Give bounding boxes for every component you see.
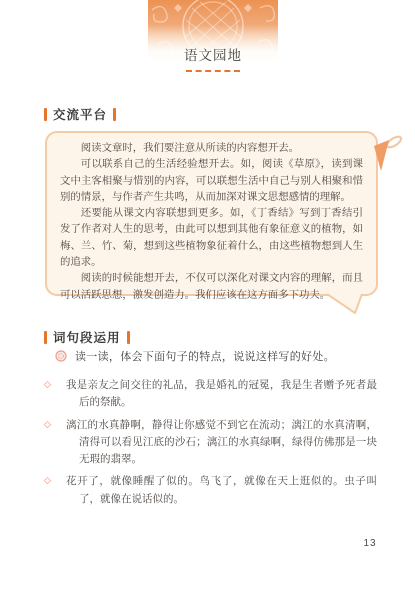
banner: 语文园地 [148,0,278,84]
sentence-text: 花开了，就像睡醒了似的。鸟飞了，就像在天上逛似的。虫子叫了，就像在说话似的。 [66,476,377,504]
page-title: 语文园地 [148,44,278,64]
platform-paragraph: 阅读文章时，我们要注意从所读的内容想开去。 [60,141,363,157]
exercise-instruction: 读一读，体会下面句子的特点，说说这样写的好处。 [45,350,377,364]
instruction-text: 读一读，体会下面句子的特点，说说这样写的好处。 [75,350,335,364]
platform-paragraph: 阅读的时候能想开去，不仅可以深化对课文内容的理解，而且可以活跃思想，激发创造力。… [60,271,363,304]
textbook-page: 语文园地 交流平台 阅读文章时，我们要注意从所读的内容想开去。 可以联系自己的生… [0,0,415,592]
sentence-text: 漓江的水真静啊，静得让你感觉不到它在流动；漓江的水真清啊，清得可以看见江底的沙石… [66,420,377,466]
bookmark-tag-icon [371,133,405,179]
list-item: ◇ 花开了，就像睡醒了似的。鸟飞了，就像在天上逛似的。虫子叫了，就像在说话似的。 [79,473,377,508]
example-sentence-list: ◇ 我是亲友之间交往的礼品，我是婚礼的冠冕，我是生者赠予死者最后的祭献。 ◇ 漓… [45,377,377,513]
section-title: 交流平台 [53,105,107,123]
section-header-usage: 词句段运用 [44,328,130,346]
header-bar-left-icon [44,331,47,344]
speech-bubble: 阅读文章时，我们要注意从所读的内容想开去。 可以联系自己的生活经验想开去。如，阅… [45,131,378,296]
list-item: ◇ 我是亲友之间交往的礼品，我是婚礼的冠冕，我是生者赠予死者最后的祭献。 [79,377,377,412]
header-bar-left-icon [44,108,47,121]
header-bar-right-icon [113,108,116,121]
title-underline [186,70,240,72]
platform-paragraph: 可以联系自己的生活经验想开去。如，阅读《草原》，读到课文中主客相聚与惜别的内容，… [60,157,363,206]
speech-bubble-tail [322,293,372,317]
list-item: ◇ 漓江的水真静啊，静得让你感觉不到它在流动；漓江的水真清啊，清得可以看见江底的… [79,417,377,469]
sentence-text: 我是亲友之间交往的礼品，我是婚礼的冠冕，我是生者赠予死者最后的祭献。 [66,380,377,408]
flower-medallion-icon [55,350,67,362]
section-header-platform: 交流平台 [44,105,116,123]
section-title: 词句段运用 [53,328,121,346]
page-number: 13 [360,538,380,549]
header-bar-right-icon [127,331,130,344]
platform-paragraph: 还要能从课文内容联想到更多。如，《丁香结》写到丁香结引发了作者对人生的思考，由此… [60,206,363,271]
